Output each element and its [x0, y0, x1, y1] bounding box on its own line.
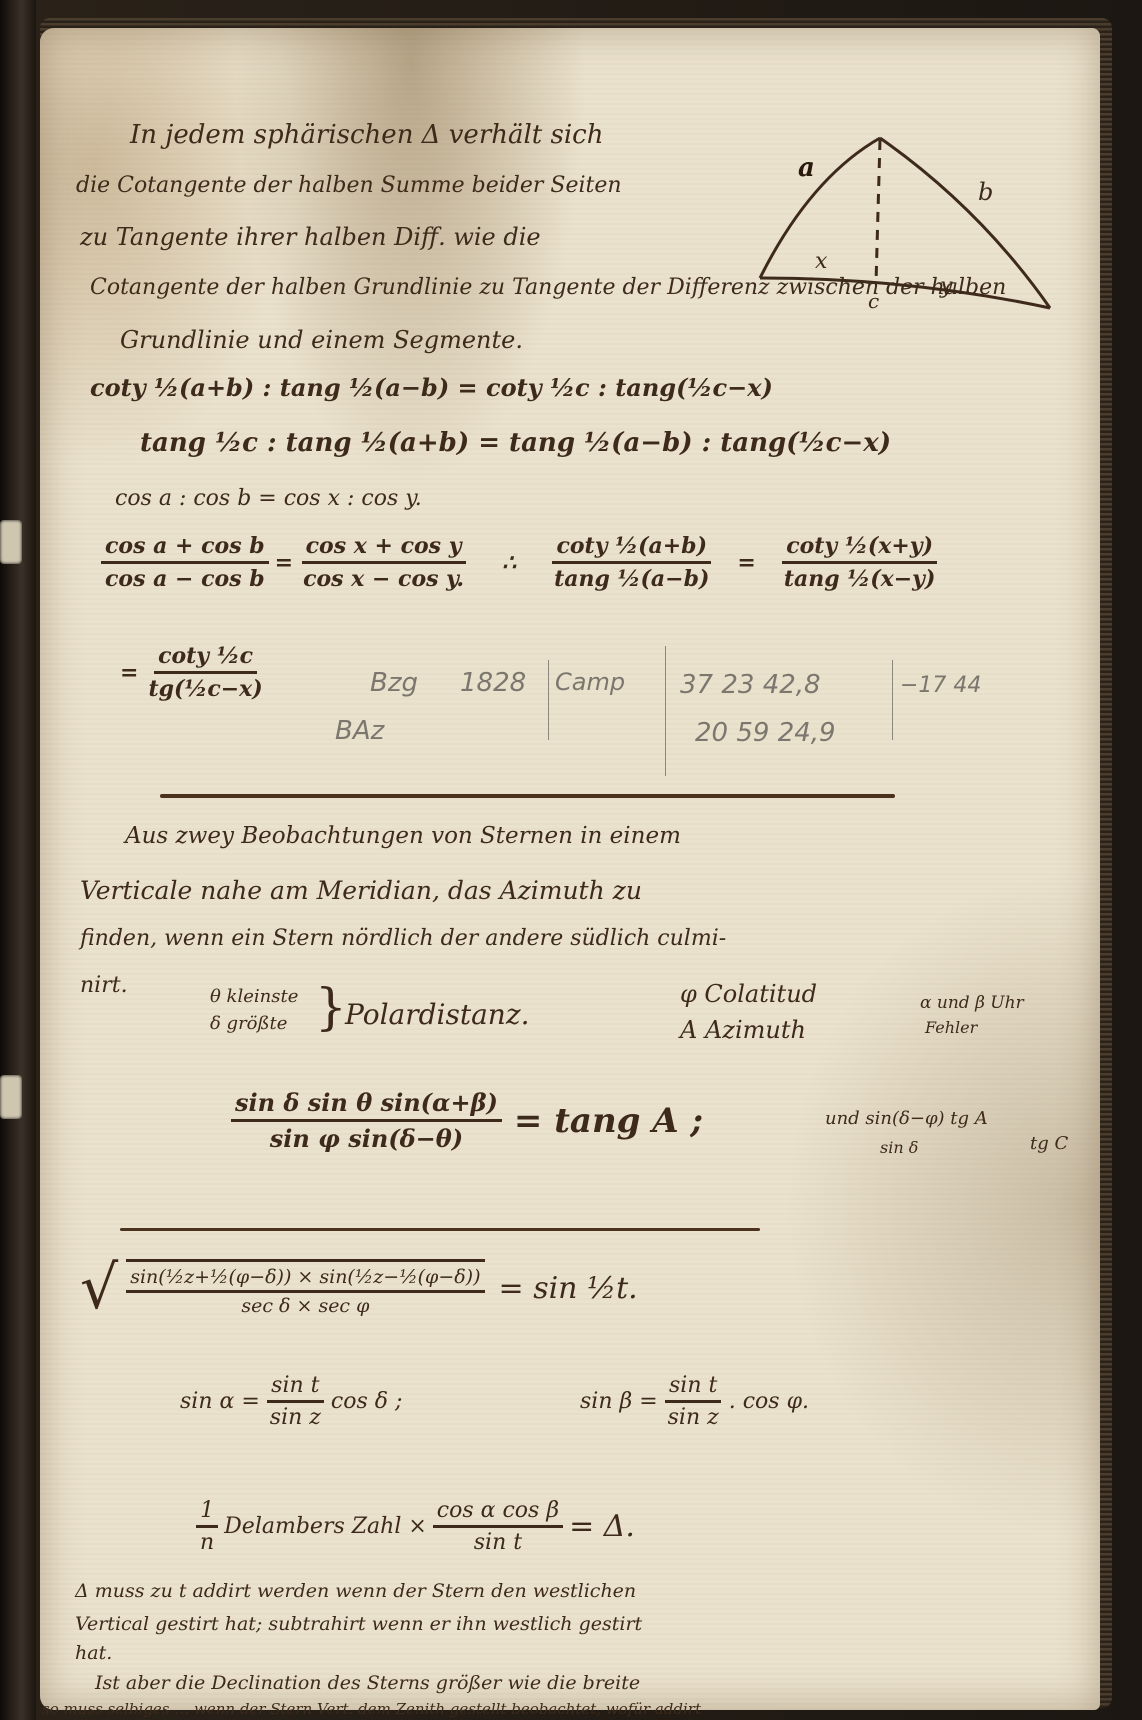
numerator: cos x + cos y	[302, 533, 466, 564]
diagram-label-b: b	[978, 178, 993, 206]
side-note-tail: tg C	[1030, 1133, 1068, 1154]
sin-beta-tail: . cos φ.	[729, 1389, 809, 1414]
azimuth-formula: sin δ sin θ sin(α+β) sin φ sin(δ−θ) = ta…	[225, 1088, 703, 1153]
diagram-label-a: a	[798, 153, 815, 183]
sin-beta-label: sin β =	[580, 1389, 658, 1414]
denominator: sin z	[266, 1403, 325, 1430]
intro-line-3: zu Tangente ihrer halben Diff. wie die	[80, 223, 541, 251]
section2-line-1: Aus zwey Beobachtungen von Sternen in ei…	[125, 823, 681, 849]
formula-1: coty ½(a+b) : tang ½(a−b) = coty ½c : ta…	[90, 373, 773, 402]
parenthetical-note-1: α und β Uhr	[920, 993, 1024, 1013]
denominator: tg(½c−x)	[144, 674, 266, 702]
fraction: sin δ sin θ sin(α+β) sin φ sin(δ−θ)	[231, 1088, 502, 1153]
denominator: tang ½(x−y)	[780, 564, 940, 592]
spherical-triangle-diagram: a b x y c	[740, 128, 1070, 328]
denominator: sin φ sin(δ−θ)	[266, 1122, 467, 1153]
parenthetical-note-2: Fehler	[925, 1018, 977, 1037]
manuscript-page: In jedem sphärischen Δ verhält sich die …	[40, 28, 1100, 1710]
binding-tab	[0, 520, 22, 564]
polar-distance-label: Polardistanz.	[345, 998, 529, 1031]
section2-line-3: finden, wenn ein Stern nördlich der ande…	[80, 926, 726, 951]
delta-definition: δ größte	[210, 1013, 287, 1034]
fraction: sin(½z+½(φ−δ)) × sin(½z−½(φ−δ)) sec δ × …	[126, 1259, 484, 1317]
formula-5: = coty ½c tg(½c−x)	[120, 643, 273, 702]
sin-alpha-tail: cos δ ;	[331, 1389, 403, 1414]
section-divider	[120, 1228, 760, 1231]
numerator: cos α cos β	[433, 1498, 563, 1528]
formula-4: cos a + cos b cos a − cos b = cos x + co…	[95, 533, 945, 592]
formula-3: cos a : cos b = cos x : cos y.	[115, 486, 422, 511]
phi-definition: φ Colatitud	[680, 980, 817, 1008]
numerator: sin(½z+½(φ−δ)) × sin(½z−½(φ−δ))	[126, 1266, 484, 1293]
formula-2: tang ½c : tang ½(a+b) = tang ½(a−b) : ta…	[140, 428, 891, 458]
closing-line-3: hat.	[75, 1642, 112, 1664]
section-divider	[160, 794, 895, 798]
numerator: sin δ sin θ sin(α+β)	[231, 1088, 502, 1122]
fraction: cos α cos β sin t	[433, 1498, 563, 1555]
closing-line-5: so muss selbiges … wenn der Stern Vert. …	[42, 1700, 701, 1718]
closing-line-1: Δ muss zu t addirt werden wenn der Stern…	[75, 1580, 636, 1602]
numerator: coty ½(x+y)	[782, 533, 937, 564]
numerator: coty ½(a+b)	[552, 533, 711, 564]
denominator: sec δ × sec φ	[237, 1293, 373, 1317]
hour-angle-formula: √ sin(½z+½(φ−δ)) × sin(½z−½(φ−δ)) sec δ …	[80, 1253, 638, 1323]
azimuth-definition: A Azimuth	[680, 1016, 806, 1044]
denominator: n	[196, 1528, 218, 1555]
side-note: und sin(δ−φ) tg A	[825, 1108, 988, 1129]
notebook-photo: In jedem sphärischen Δ verhält sich die …	[0, 0, 1142, 1720]
diagram-label-x: x	[815, 249, 828, 274]
fraction: sin t sin z	[266, 1373, 325, 1430]
pencil-extra: −17 44	[900, 673, 981, 698]
pencil-divider	[892, 660, 893, 740]
numerator: sin t	[665, 1373, 721, 1403]
brace: }	[315, 978, 347, 1036]
pencil-row-1: 37 23 42,8	[680, 670, 821, 700]
sin-alpha-label: sin α =	[180, 1389, 260, 1414]
pencil-label-bzg: Bzg	[370, 668, 418, 698]
fraction: coty ½(x+y) tang ½(x−y)	[780, 533, 940, 592]
pencil-year: 1828	[460, 668, 526, 698]
sin-alpha-formula: sin α = sin t sin z cos δ ;	[180, 1373, 402, 1430]
pencil-row-2: 20 59 24,9	[695, 718, 836, 748]
equals-sign: =	[120, 660, 138, 686]
azimuth-rhs: = tang A ;	[514, 1101, 703, 1141]
numerator: 1	[196, 1498, 218, 1528]
denominator: sin z	[664, 1403, 723, 1430]
fraction: 1 n	[196, 1498, 218, 1555]
fraction: cos x + cos y cos x − cos y.	[299, 533, 468, 592]
diagram-label-c: c	[868, 289, 879, 313]
fraction: sin t sin z	[664, 1373, 723, 1430]
section2-line-4: nirt.	[80, 973, 128, 998]
numerator: sin t	[267, 1373, 323, 1403]
closing-line-2: Vertical gestirt hat; subtrahirt wenn er…	[75, 1613, 642, 1635]
diagram-label-y: y	[939, 274, 953, 299]
binding-tab	[0, 1075, 22, 1119]
theta-definition: θ kleinste	[210, 986, 298, 1007]
fraction: coty ½(a+b) tang ½(a−b)	[550, 533, 713, 592]
pencil-divider	[548, 660, 549, 740]
section2-line-2: Verticale nahe am Meridian, das Azimuth …	[80, 876, 642, 905]
intro-line-5: Grundlinie und einem Segmente.	[120, 326, 523, 354]
equals-sign: =	[737, 550, 755, 576]
binding-spine	[0, 0, 36, 1720]
denominator: tang ½(a−b)	[550, 564, 713, 592]
fraction: cos a + cos b cos a − cos b	[101, 533, 269, 592]
sqrt-rhs: = sin ½t.	[499, 1271, 638, 1306]
sin-beta-formula: sin β = sin t sin z . cos φ.	[580, 1373, 809, 1430]
denominator: cos x − cos y.	[299, 564, 468, 592]
pencil-divider	[665, 646, 666, 776]
delambre-formula: 1 n Delambers Zahl × cos α cos β sin t =…	[190, 1498, 635, 1555]
pencil-place: Camp	[555, 668, 625, 696]
intro-line-2: die Cotangente der halben Summe beider S…	[76, 173, 622, 198]
delambre-rhs: = Δ.	[569, 1509, 635, 1544]
fraction: coty ½c tg(½c−x)	[144, 643, 266, 702]
denominator: cos a − cos b	[101, 564, 269, 592]
closing-line-4: Ist aber die Declination des Sterns größ…	[95, 1672, 640, 1694]
sqrt-sign: √	[80, 1253, 118, 1323]
therefore-symbol: ∴	[502, 550, 516, 576]
pencil-label-baz: BAz	[335, 716, 384, 746]
denominator: sin t	[470, 1528, 526, 1555]
intro-line-1: In jedem sphärischen Δ verhält sich	[130, 120, 603, 150]
numerator: cos a + cos b	[101, 533, 269, 564]
side-note-denominator: sin δ	[880, 1138, 918, 1157]
equals-sign: =	[275, 550, 293, 576]
delambre-text: Delambers Zahl ×	[224, 1514, 427, 1539]
numerator: coty ½c	[154, 643, 257, 674]
